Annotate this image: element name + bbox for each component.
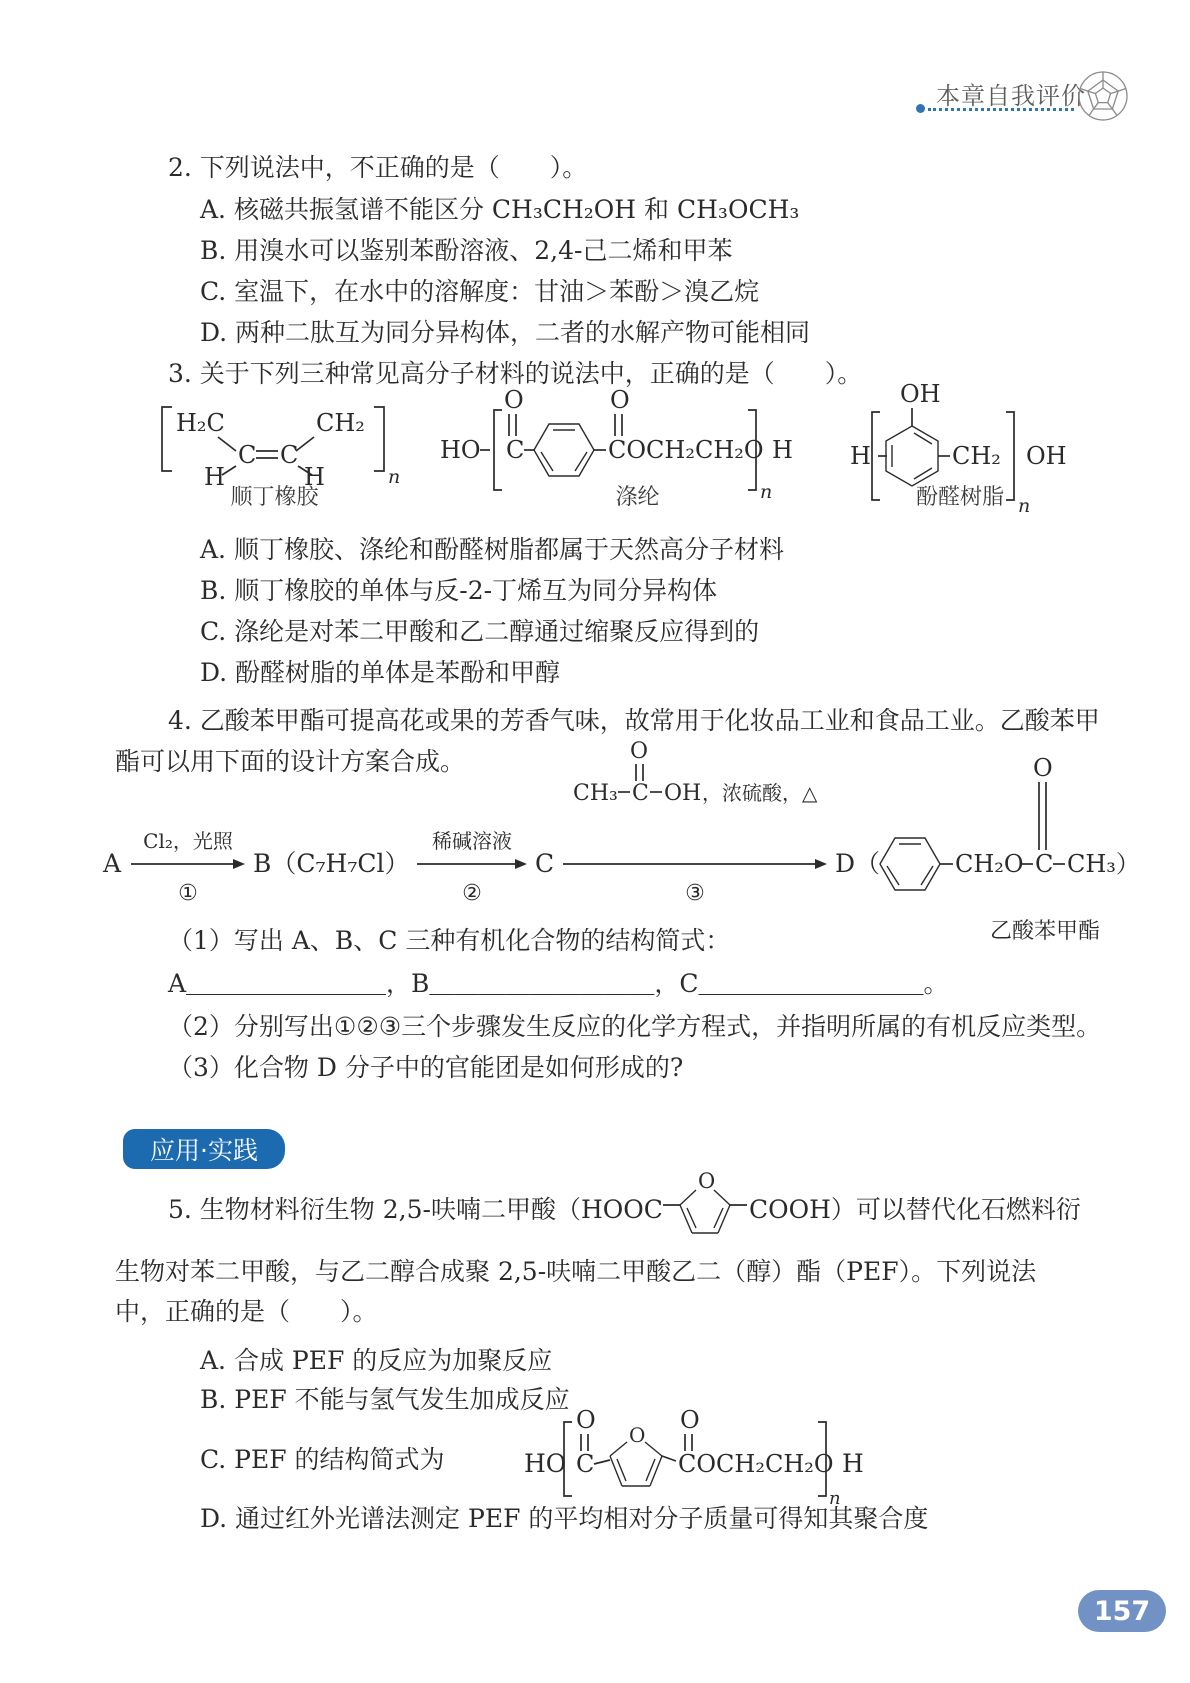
svg-text:③: ③ <box>685 881 705 906</box>
svg-text:O: O <box>629 1423 645 1447</box>
q4-sub3: （3）化合物 D 分子中的官能团是如何形成的? <box>168 1052 683 1084</box>
q2-stem: 2. 下列说法中，不正确的是（ ）。 <box>168 152 587 184</box>
svg-text:C: C <box>576 1450 594 1478</box>
q2-option-c: C. 室温下，在水中的溶解度：甘油＞苯酚＞溴乙烷 <box>200 276 759 308</box>
svg-text:OH: OH <box>1026 442 1067 470</box>
q4-sub2: （2）分别写出①②③三个步骤发生反应的化学方程式，并指明所属的有机反应类型。 <box>168 1011 1101 1043</box>
svg-text:O: O <box>504 386 524 414</box>
svg-text:H: H <box>850 442 871 470</box>
svg-text:COCH₂CH₂O: COCH₂CH₂O <box>678 1450 834 1478</box>
section-badge-apply-practice: 应用·实践 <box>123 1129 285 1169</box>
q5-option-d: D. 通过红外光谱法测定 PEF 的平均相对分子质量可得知其聚合度 <box>200 1503 928 1535</box>
polybutadiene-structure: H₂C C C CH₂ H H n <box>152 393 397 488</box>
svg-text:CH₃: CH₃ <box>573 781 618 806</box>
svg-text:OH: OH <box>900 380 941 408</box>
svg-text:H: H <box>842 1449 864 1478</box>
svg-text:C: C <box>280 441 298 469</box>
svg-text:O: O <box>698 1169 715 1193</box>
q2-option-b: B. 用溴水可以鉴别苯酚溶液、2,4-己二烯和甲苯 <box>200 235 732 267</box>
q5-stem-line2: 生物对苯二甲酸，与乙二醇合成聚 2,5-呋喃二甲酸乙二（醇）酯（PEF）。下列说… <box>115 1256 1036 1288</box>
svg-text:CH₂O: CH₂O <box>955 850 1024 878</box>
svg-text:O: O <box>680 1406 700 1434</box>
q5-option-c-pre: C. PEF 的结构简式为 <box>200 1444 445 1476</box>
q5-stem-line1-post: COOH）可以替代化石燃料衍 <box>749 1194 1081 1226</box>
q4-answer-blanks: A＿＿＿＿＿＿＿＿，B＿＿＿＿＿＿＿＿＿，C＿＿＿＿＿＿＿＿＿。 <box>168 968 949 1000</box>
page-number-badge: 157 <box>1078 1590 1166 1632</box>
svg-text:D（: D（ <box>835 849 880 878</box>
svg-text:乙酸苯甲酯: 乙酸苯甲酯 <box>990 919 1100 944</box>
q4-sub1: （1）写出 A、B、C 三种有机化合物的结构简式： <box>168 925 730 957</box>
svg-text:HO: HO <box>440 436 481 464</box>
q5-stem-line3: 中，正确的是（ ）。 <box>115 1296 378 1328</box>
q5-option-b: B. PEF 不能与氢气发生加成反应 <box>200 1384 570 1416</box>
svg-text:①: ① <box>178 881 198 906</box>
q3-option-a: A. 顺丁橡胶、涤纶和酚醛树脂都属于天然高分子材料 <box>200 534 784 566</box>
svg-text:C: C <box>506 436 524 464</box>
section-badge-label: 应用·实践 <box>150 1131 258 1167</box>
svg-text:，浓硫酸，△: ，浓硫酸，△ <box>702 781 818 805</box>
furan-ring-structure: O <box>663 1160 747 1244</box>
svg-text:稀碱溶液: 稀碱溶液 <box>432 829 512 853</box>
svg-text:C: C <box>535 849 554 878</box>
pet-label: 涤纶 <box>440 480 835 511</box>
q3-option-d: D. 酚醛树脂的单体是苯酚和甲醇 <box>200 657 560 689</box>
q2-option-a: A. 核磁共振氢谱不能区分 CH₃CH₂OH 和 CH₃OCH₃ <box>200 194 799 226</box>
chapter-eval-title: 本章自我评价 <box>936 76 1086 111</box>
svg-text:C: C <box>238 441 256 469</box>
svg-text:COCH₂CH₂O: COCH₂CH₂O <box>608 436 764 464</box>
phenolic-resin-label: 酚醛树脂 <box>850 480 1070 511</box>
fullerene-icon <box>1075 68 1131 124</box>
dotted-divider <box>928 108 1074 111</box>
svg-text:CH₂: CH₂ <box>952 442 1001 470</box>
svg-text:HO: HO <box>524 1449 566 1478</box>
svg-text:O: O <box>1033 754 1053 782</box>
svg-text:O: O <box>576 1406 596 1434</box>
svg-text:H₂C: H₂C <box>176 409 225 437</box>
polybutadiene-label: 顺丁橡胶 <box>152 480 397 511</box>
svg-text:Cl₂，光照: Cl₂，光照 <box>143 829 234 853</box>
q3-option-c: C. 涤纶是对苯二甲酸和乙二醇通过缩聚反应得到的 <box>200 616 759 648</box>
q5-option-a: A. 合成 PEF 的反应为加聚反应 <box>200 1345 552 1377</box>
svg-text:CH₃）: CH₃） <box>1067 850 1140 878</box>
pef-structure: HO C O O COCH₂CH₂O O n H <box>524 1406 989 1506</box>
svg-text:B（C₇H₇Cl）: B（C₇H₇Cl） <box>253 849 409 878</box>
svg-text:C: C <box>632 781 649 806</box>
svg-text:CH₂: CH₂ <box>316 409 365 437</box>
svg-text:②: ② <box>462 881 482 906</box>
q3-option-b: B. 顺丁橡胶的单体与反-2-丁烯互为同分异构体 <box>200 575 717 607</box>
svg-text:OH: OH <box>664 781 701 806</box>
q2-option-d: D. 两种二肽互为同分异构体，二者的水解产物可能相同 <box>200 317 810 349</box>
svg-text:A: A <box>102 849 122 878</box>
svg-text:O: O <box>610 386 630 414</box>
dot-accent <box>916 104 925 113</box>
q5-stem-line1-pre: 5. 生物材料衍生物 2,5-呋喃二甲酸（HOOC <box>168 1194 663 1226</box>
svg-text:O: O <box>630 739 648 764</box>
q4-reaction-scheme: A Cl₂，光照 ① B（C₇H₇Cl） 稀碱溶液 ② C ③ CH₃ C O … <box>95 740 1155 950</box>
page-number: 157 <box>1094 1596 1150 1627</box>
svg-text:H: H <box>772 436 793 464</box>
textbook-page: 本章自我评价 2. 下列说法中，不正确的是（ ）。 A. 核磁共振氢谱不能区分 … <box>0 0 1190 1683</box>
svg-text:C: C <box>1035 850 1053 878</box>
q4-stem-line1: 4. 乙酸苯甲酯可提高花或果的芳香气味，故常用于化妆品工业和食品工业。乙酸苯甲 <box>168 705 1100 737</box>
